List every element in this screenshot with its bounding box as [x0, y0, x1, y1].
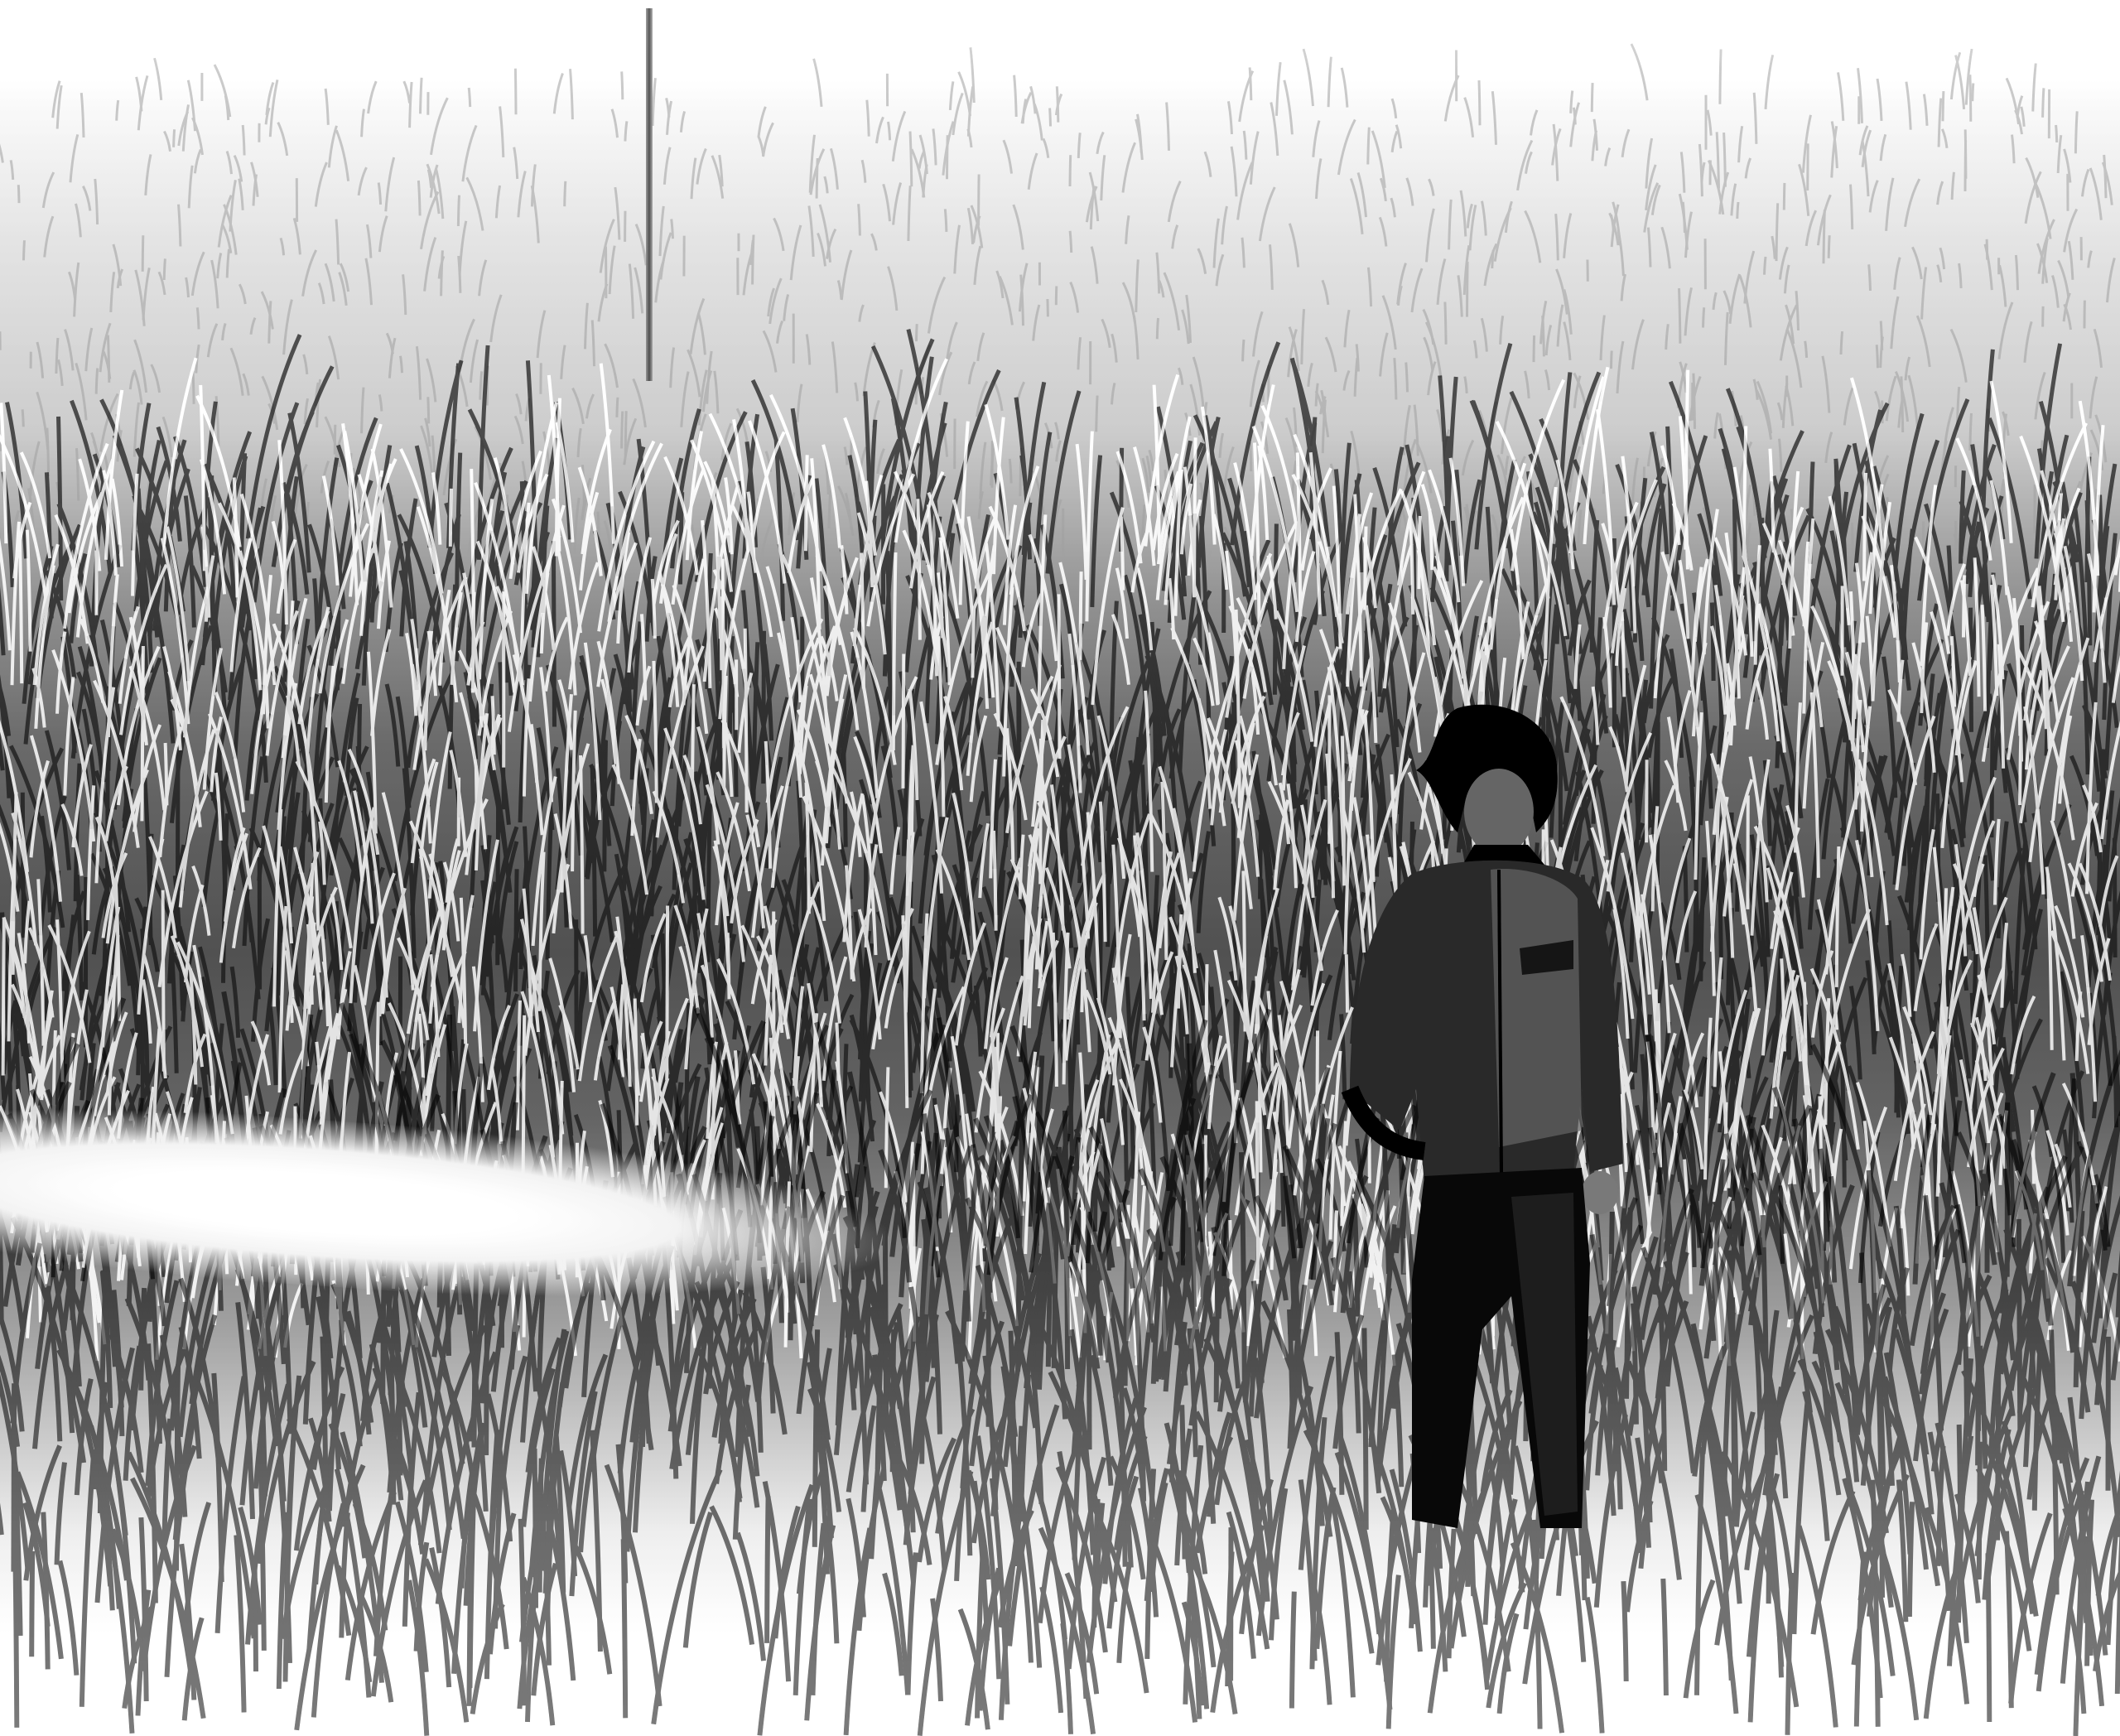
- photograph: [0, 0, 2120, 1736]
- grass-field: [0, 0, 2120, 1736]
- person-figure: [1333, 700, 1648, 1545]
- face: [1464, 769, 1534, 855]
- vertical-pole: [646, 8, 653, 381]
- hand: [1582, 1171, 1618, 1214]
